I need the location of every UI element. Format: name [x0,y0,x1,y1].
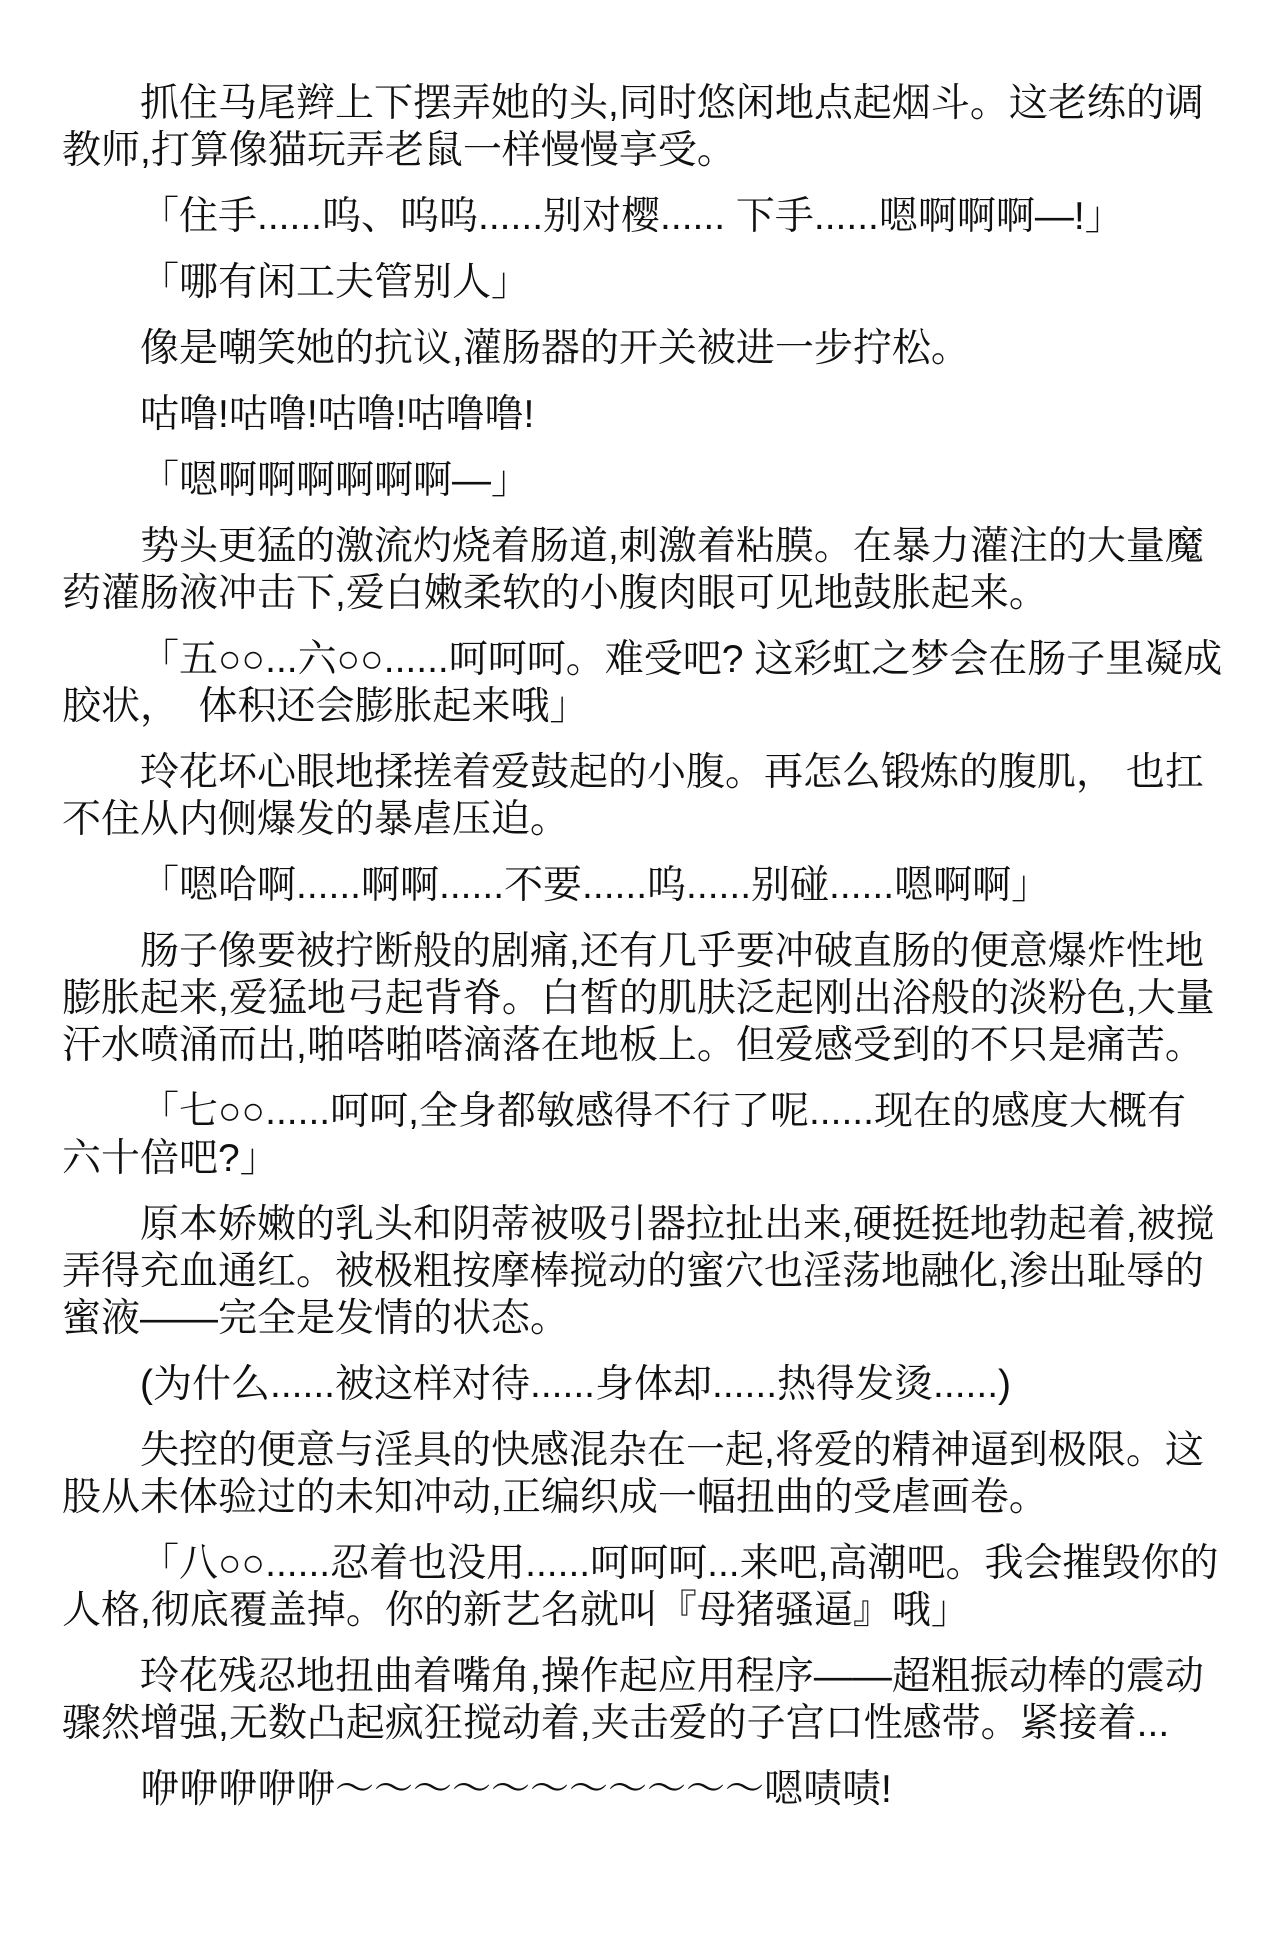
paragraph: 咕噜!咕噜!咕噜!咕噜噜! [62,391,1224,438]
paragraph: 势头更猛的激流灼烧着肠道,刺激着粘膜。在暴力灌注的大量魔药灌肠液冲击下,爱白嫩柔… [62,523,1224,617]
paragraph: 「七○○......呵呵,全身都敏感得不行了呢......现在的感度大概有六十倍… [62,1088,1224,1182]
paragraph: (为什么......被这样对待......身体却......热得发烫......… [62,1361,1224,1408]
paragraph: 失控的便意与淫具的快感混杂在一起,将爱的精神逼到极限。这股从未体验过的未知冲动,… [62,1427,1224,1521]
paragraph: 原本娇嫩的乳头和阴蒂被吸引器拉扯出来,硬挺挺地勃起着,被搅弄得充血通红。被极粗按… [62,1201,1224,1342]
paragraph: 玲花坏心眼地揉搓着爱鼓起的小腹。再怎么锻炼的腹肌， 也扛不住从内侧爆发的暴虐压迫… [62,749,1224,843]
novel-page: 抓住马尾辫上下摆弄她的头,同时悠闲地点起烟斗。这老练的调教师,打算像猫玩弄老鼠一… [0,0,1280,1947]
paragraph: 抓住马尾辫上下摆弄她的头,同时悠闲地点起烟斗。这老练的调教师,打算像猫玩弄老鼠一… [62,80,1224,174]
paragraph: 「五○○...六○○......呵呵呵。难受吧? 这彩虹之梦会在肠子里凝成胶状，… [62,636,1224,730]
paragraph: 像是嘲笑她的抗议,灌肠器的开关被进一步拧松。 [62,325,1224,372]
paragraph: 肠子像要被拧断般的剧痛,还有几乎要冲破直肠的便意爆炸性地膨胀起来,爱猛地弓起背脊… [62,928,1224,1069]
paragraph: 「哪有闲工夫管别人」 [62,259,1224,306]
novel-text-body: 抓住马尾辫上下摆弄她的头,同时悠闲地点起烟斗。这老练的调教师,打算像猫玩弄老鼠一… [62,80,1224,1813]
paragraph: 玲花残忍地扭曲着嘴角,操作起应用程序——超粗振动棒的震动骤然增强,无数凸起疯狂搅… [62,1653,1224,1747]
paragraph: 「住手......呜、呜呜......别对樱...... 下手......嗯啊啊… [62,193,1224,240]
paragraph: 「八○○......忍着也没用......呵呵呵...来吧,高潮吧。我会摧毁你的… [62,1540,1224,1634]
paragraph: 「嗯啊啊啊啊啊啊—」 [62,457,1224,504]
paragraph: 「嗯哈啊......啊啊......不要......呜......别碰.....… [62,862,1224,909]
paragraph: 咿咿咿咿咿～～～～～～～～～～～嗯啧啧! [62,1766,1224,1813]
